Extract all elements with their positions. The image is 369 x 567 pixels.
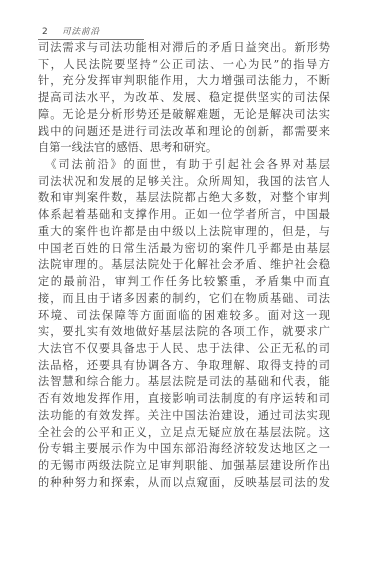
text-line: 自第一线法官的感悟、思考和研究。 bbox=[38, 140, 330, 157]
text-line: 全社会的公平和正义，立足点无疑应放在基层法院。这 bbox=[38, 425, 330, 442]
text-line: 份专辑主要展示作为中国东部沿海经济较发达地区之一 bbox=[38, 441, 330, 458]
document-page: 2司法前沿 司法需求与司法功能相对滞后的矛盾日益突出。新形势 下，人民法院要坚持… bbox=[0, 0, 369, 567]
text-line: 实，要扎实有效地做好基层法院的各项工作，就要求广 bbox=[38, 324, 330, 341]
text-line: 的无锡市两级法院立足审判职能、加强基层建设所作出 bbox=[38, 458, 330, 475]
text-line: 大法官不仅要具备忠于人民、忠于法律、公正无私的司 bbox=[38, 341, 330, 358]
text-line: 障。无论是分析形势还是破解难题，无论是解决司法实 bbox=[38, 107, 330, 124]
text-line: 司法状况和发展的足够关注。众所周知，我国的法官人 bbox=[38, 174, 330, 191]
text-line: 环境、司法保障等方面面临的困难较多。面对这一现 bbox=[38, 308, 330, 325]
text-line: 法功能的有效发挥。关注中国法治建设，通过司法实现 bbox=[38, 408, 330, 425]
text-line: 数和审判案件数，基层法院都占绝大多数，对整个审判 bbox=[38, 190, 330, 207]
running-head: 2司法前沿 bbox=[38, 27, 144, 40]
text-line: 践中的问题还是进行司法改革和理论的创新，都需要来 bbox=[38, 124, 330, 141]
text-line: 提高司法水平，为改革、发展、稳定提供坚实的司法保 bbox=[38, 90, 330, 107]
text-line: 重大的案件也许都是由中级以上法院审理的，但是，与 bbox=[38, 224, 330, 241]
text-line: 针，充分发挥审判职能作用，大力增强司法能力，不断 bbox=[38, 73, 330, 90]
text-line: 下，人民法院要坚持“公正司法、一心为民”的指导方 bbox=[38, 57, 330, 74]
body-text: 司法需求与司法功能相对滞后的矛盾日益突出。新形势 下，人民法院要坚持“公正司法、… bbox=[38, 40, 330, 491]
page-number: 2 bbox=[38, 27, 62, 38]
text-line: 的种种努力和探索，从而以点窥面，反映基层司法的发 bbox=[38, 475, 330, 492]
text-line: 否有效地发挥作用，直接影响司法制度的有序运转和司 bbox=[38, 391, 330, 408]
text-line: 中国老百姓的日常生活最为密切的案件几乎都是由基层 bbox=[38, 241, 330, 258]
paragraph-start-line: 《司法前沿》的面世，有助于引起社会各界对基层 bbox=[38, 157, 330, 174]
text-line: 接，而且由于诸多因素的制约，它们在物质基础、司法 bbox=[38, 291, 330, 308]
text-line: 司法需求与司法功能相对滞后的矛盾日益突出。新形势 bbox=[38, 40, 330, 57]
text-line: 法院审理的。基层法院处于化解社会矛盾、维护社会稳 bbox=[38, 257, 330, 274]
running-head-title: 司法前沿 bbox=[62, 27, 100, 37]
text-line: 法品格，还要具有协调各方、争取理解、取得支持的司 bbox=[38, 358, 330, 375]
text-line: 定的最前沿，审判工作任务比较繁重，矛盾集中而直 bbox=[38, 274, 330, 291]
text-line: 体系起着基础和支撑作用。正如一位学者所言，中国最 bbox=[38, 207, 330, 224]
text-line: 法智慧和综合能力。基层法院是司法的基础和代表，能 bbox=[38, 374, 330, 391]
